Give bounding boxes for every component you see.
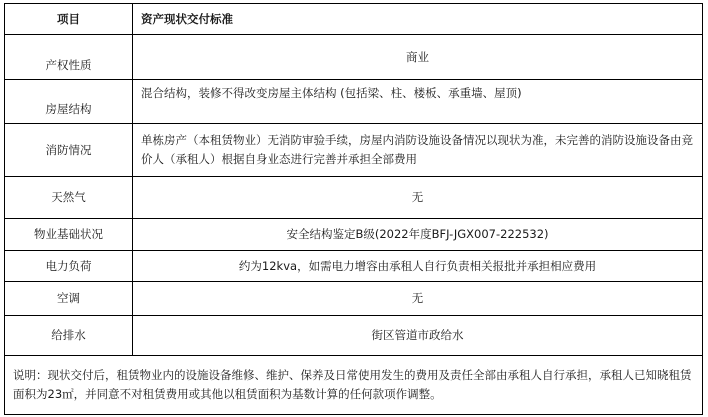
- row-value: 约为12kva，如需电力增容由承租人自行负责相关报批并承担相应费用: [133, 251, 703, 282]
- row-value: 单栋房产（本租赁物业）无消防审验手续，房屋内消防设施设备情况以现状为准，未完善的…: [133, 124, 703, 177]
- table-row: 产权性质 商业: [5, 35, 703, 80]
- table-row: 给排水 街区管道市政给水: [5, 316, 703, 356]
- table-row: 空调 无: [5, 282, 703, 316]
- row-label: 给排水: [5, 316, 133, 356]
- row-label: 消防情况: [5, 124, 133, 177]
- header-row: 项目 资产现状交付标准: [5, 4, 703, 35]
- row-label: 空调: [5, 282, 133, 316]
- asset-delivery-standard-table: 项目 资产现状交付标准 产权性质 商业 房屋结构 混合结构，装修不得改变房屋主体…: [4, 3, 703, 415]
- row-label: 天然气: [5, 177, 133, 219]
- row-value: 商业: [133, 35, 703, 80]
- row-value: 混合结构，装修不得改变房屋主体结构 (包括梁、柱、楼板、承重墙、屋顶): [133, 80, 703, 124]
- note-text: 说明：现状交付后，租赁物业内的设施设备维修、维护、保养及日常使用发生的费用及责任…: [5, 356, 703, 415]
- row-label: 产权性质: [5, 35, 133, 80]
- table-row: 房屋结构 混合结构，装修不得改变房屋主体结构 (包括梁、柱、楼板、承重墙、屋顶): [5, 80, 703, 124]
- table-row: 物业基础状况 安全结构鉴定B级(2022年度BFJ-JGX007-222532): [5, 219, 703, 251]
- row-value: 无: [133, 177, 703, 219]
- table-row: 消防情况 单栋房产（本租赁物业）无消防审验手续，房屋内消防设施设备情况以现状为准…: [5, 124, 703, 177]
- header-item: 项目: [5, 4, 133, 35]
- row-value: 街区管道市政给水: [133, 316, 703, 356]
- table-row: 电力负荷 约为12kva，如需电力增容由承租人自行负责相关报批并承担相应费用: [5, 251, 703, 282]
- table-row: 天然气 无: [5, 177, 703, 219]
- row-value: 无: [133, 282, 703, 316]
- row-label: 房屋结构: [5, 80, 133, 124]
- row-label: 物业基础状况: [5, 219, 133, 251]
- header-standard: 资产现状交付标准: [133, 4, 703, 35]
- row-value: 安全结构鉴定B级(2022年度BFJ-JGX007-222532): [133, 219, 703, 251]
- row-label: 电力负荷: [5, 251, 133, 282]
- note-row: 说明：现状交付后，租赁物业内的设施设备维修、维护、保养及日常使用发生的费用及责任…: [5, 356, 703, 415]
